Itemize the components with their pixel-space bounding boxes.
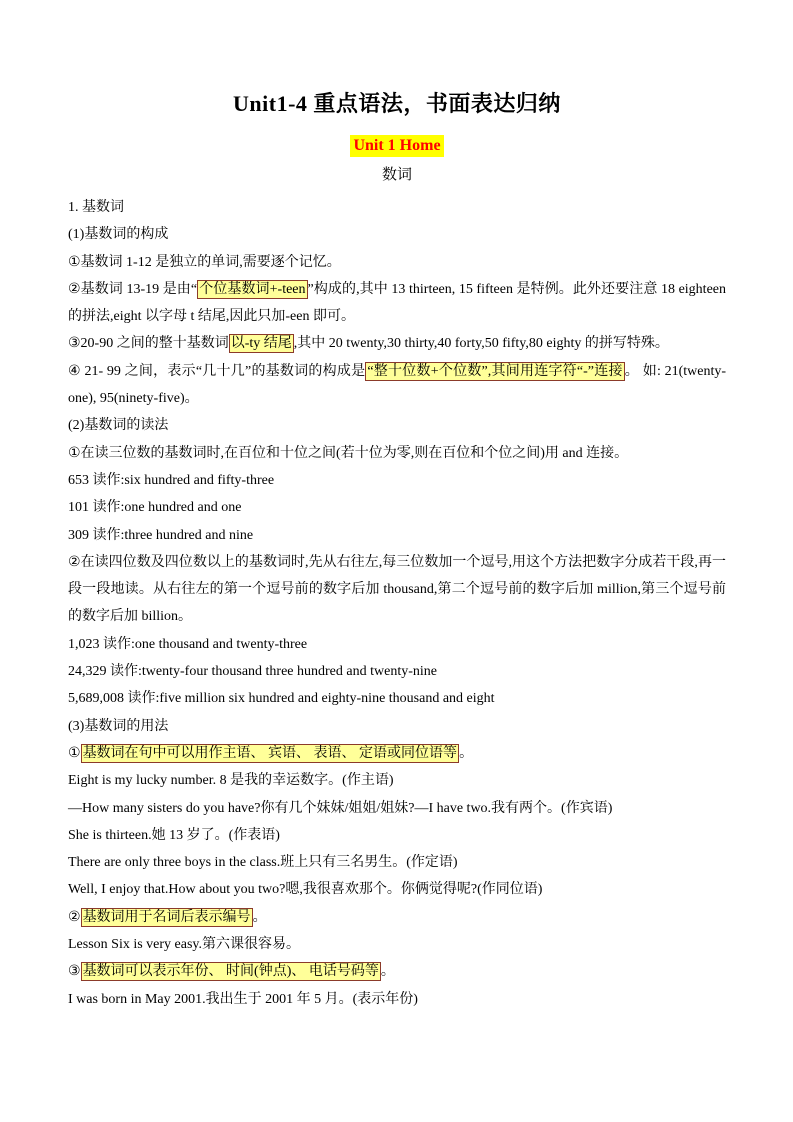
text-run: ①基数词 1-12 是独立的单词,需要逐个记忆。: [68, 255, 341, 270]
paragraph: ③基数词可以表示年份、 时间(钟点)、 电话号码等。: [68, 958, 726, 985]
highlighted-phrase: 以-ty 结尾: [229, 334, 294, 353]
unit-heading-row: Unit 1 Home: [68, 135, 726, 157]
paragraph: 309 读作:three hundred and nine: [68, 522, 726, 549]
document-title: Unit1-4 重点语法，书面表达归纳: [68, 88, 726, 120]
text-run: ③20-90 之间的整十基数词: [68, 336, 229, 351]
text-run: ②: [68, 910, 81, 925]
paragraph: 101 读作:one hundred and one: [68, 494, 726, 521]
paragraph: —How many sisters do you have?你有几个妹妹/姐姐/…: [68, 795, 726, 822]
paragraph: 1,023 读作:one thousand and twenty-three: [68, 631, 726, 658]
paragraph: ①在读三位数的基数词时,在百位和十位之间(若十位为零,则在百位和个位之间)用 a…: [68, 440, 726, 467]
text-run: 101 读作:one hundred and one: [68, 500, 241, 515]
paragraph: ③20-90 之间的整十基数词以-ty 结尾,其中 20 twenty,30 t…: [68, 330, 726, 357]
paragraph: (1)基数词的构成: [68, 221, 726, 248]
text-run: 。: [459, 746, 473, 761]
text-run: 653 读作:six hundred and fifty-three: [68, 473, 274, 488]
text-run: ④ 21- 99 之间，表示“几十几”的基数词的构成是: [68, 364, 365, 379]
text-run: Eight is my lucky number. 8 是我的幸运数字。(作主语…: [68, 773, 393, 788]
paragraph: I was born in May 2001.我出生于 2001 年 5 月。(…: [68, 986, 726, 1013]
paragraph: 5,689,008 读作:five million six hundred an…: [68, 685, 726, 712]
paragraph: Lesson Six is very easy.第六课很容易。: [68, 931, 726, 958]
paragraph: ②基数词用于名词后表示编号。: [68, 904, 726, 931]
document-page: Unit1-4 重点语法，书面表达归纳 Unit 1 Home 数词 1. 基数…: [0, 0, 793, 1122]
unit-label-highlighted: Unit 1 Home: [350, 135, 443, 157]
text-run: —How many sisters do you have?你有几个妹妹/姐姐/…: [68, 801, 612, 816]
text-run: Well, I enjoy that.How about you two?嗯,我…: [68, 882, 542, 897]
text-run: 5,689,008 读作:five million six hundred an…: [68, 691, 495, 706]
paragraph: 1. 基数词: [68, 194, 726, 221]
highlighted-phrase: 基数词在句中可以用作主语、 宾语、 表语、 定语或同位语等: [81, 744, 460, 763]
paragraph: Eight is my lucky number. 8 是我的幸运数字。(作主语…: [68, 767, 726, 794]
highlighted-phrase: 个位基数词+-teen: [197, 280, 307, 299]
paragraph: ②在读四位数及四位数以上的基数词时,先从右往左,每三位数加一个逗号,用这个方法把…: [68, 549, 726, 631]
text-run: ,其中 20 twenty,30 thirty,40 forty,50 fift…: [294, 336, 669, 351]
highlighted-phrase: 基数词用于名词后表示编号: [81, 908, 253, 927]
document-body: 1. 基数词(1)基数词的构成①基数词 1-12 是独立的单词,需要逐个记忆。②…: [68, 194, 726, 1013]
text-run: ①: [68, 746, 81, 761]
text-run: ②基数词 13-19 是由“: [68, 282, 197, 297]
paragraph: ①基数词在句中可以用作主语、 宾语、 表语、 定语或同位语等。: [68, 740, 726, 767]
text-run: 1,023 读作:one thousand and twenty-three: [68, 637, 307, 652]
topic-heading: 数词: [68, 164, 726, 186]
text-run: (2)基数词的读法: [68, 418, 168, 433]
text-run: She is thirteen.她 13 岁了。(作表语): [68, 828, 280, 843]
paragraph: She is thirteen.她 13 岁了。(作表语): [68, 822, 726, 849]
text-run: There are only three boys in the class.班…: [68, 855, 458, 870]
text-run: Lesson Six is very easy.第六课很容易。: [68, 937, 300, 952]
text-run: 1. 基数词: [68, 200, 124, 215]
paragraph: (2)基数词的读法: [68, 412, 726, 439]
text-run: ①在读三位数的基数词时,在百位和十位之间(若十位为零,则在百位和个位之间)用 a…: [68, 446, 628, 461]
text-run: I was born in May 2001.我出生于 2001 年 5 月。(…: [68, 992, 418, 1007]
text-run: 。: [253, 910, 267, 925]
paragraph: ④ 21- 99 之间，表示“几十几”的基数词的构成是“整十位数+个位数”,其间…: [68, 358, 726, 413]
text-run: (1)基数词的构成: [68, 227, 168, 242]
text-run: 24,329 读作:twenty-four thousand three hun…: [68, 664, 437, 679]
paragraph: Well, I enjoy that.How about you two?嗯,我…: [68, 876, 726, 903]
highlighted-phrase: “整十位数+个位数”,其间用连字符“-”连接: [365, 362, 624, 381]
paragraph: 653 读作:six hundred and fifty-three: [68, 467, 726, 494]
paragraph: 24,329 读作:twenty-four thousand three hun…: [68, 658, 726, 685]
text-run: ②在读四位数及四位数以上的基数词时,先从右往左,每三位数加一个逗号,用这个方法把…: [68, 555, 726, 625]
text-run: 。: [381, 964, 395, 979]
text-run: ③: [68, 964, 81, 979]
paragraph: (3)基数词的用法: [68, 713, 726, 740]
paragraph: ①基数词 1-12 是独立的单词,需要逐个记忆。: [68, 249, 726, 276]
paragraph: There are only three boys in the class.班…: [68, 849, 726, 876]
text-run: (3)基数词的用法: [68, 719, 168, 734]
highlighted-phrase: 基数词可以表示年份、 时间(钟点)、 电话号码等: [81, 962, 381, 981]
text-run: 309 读作:three hundred and nine: [68, 528, 253, 543]
paragraph: ②基数词 13-19 是由“个位基数词+-teen”构成的,其中 13 thir…: [68, 276, 726, 331]
